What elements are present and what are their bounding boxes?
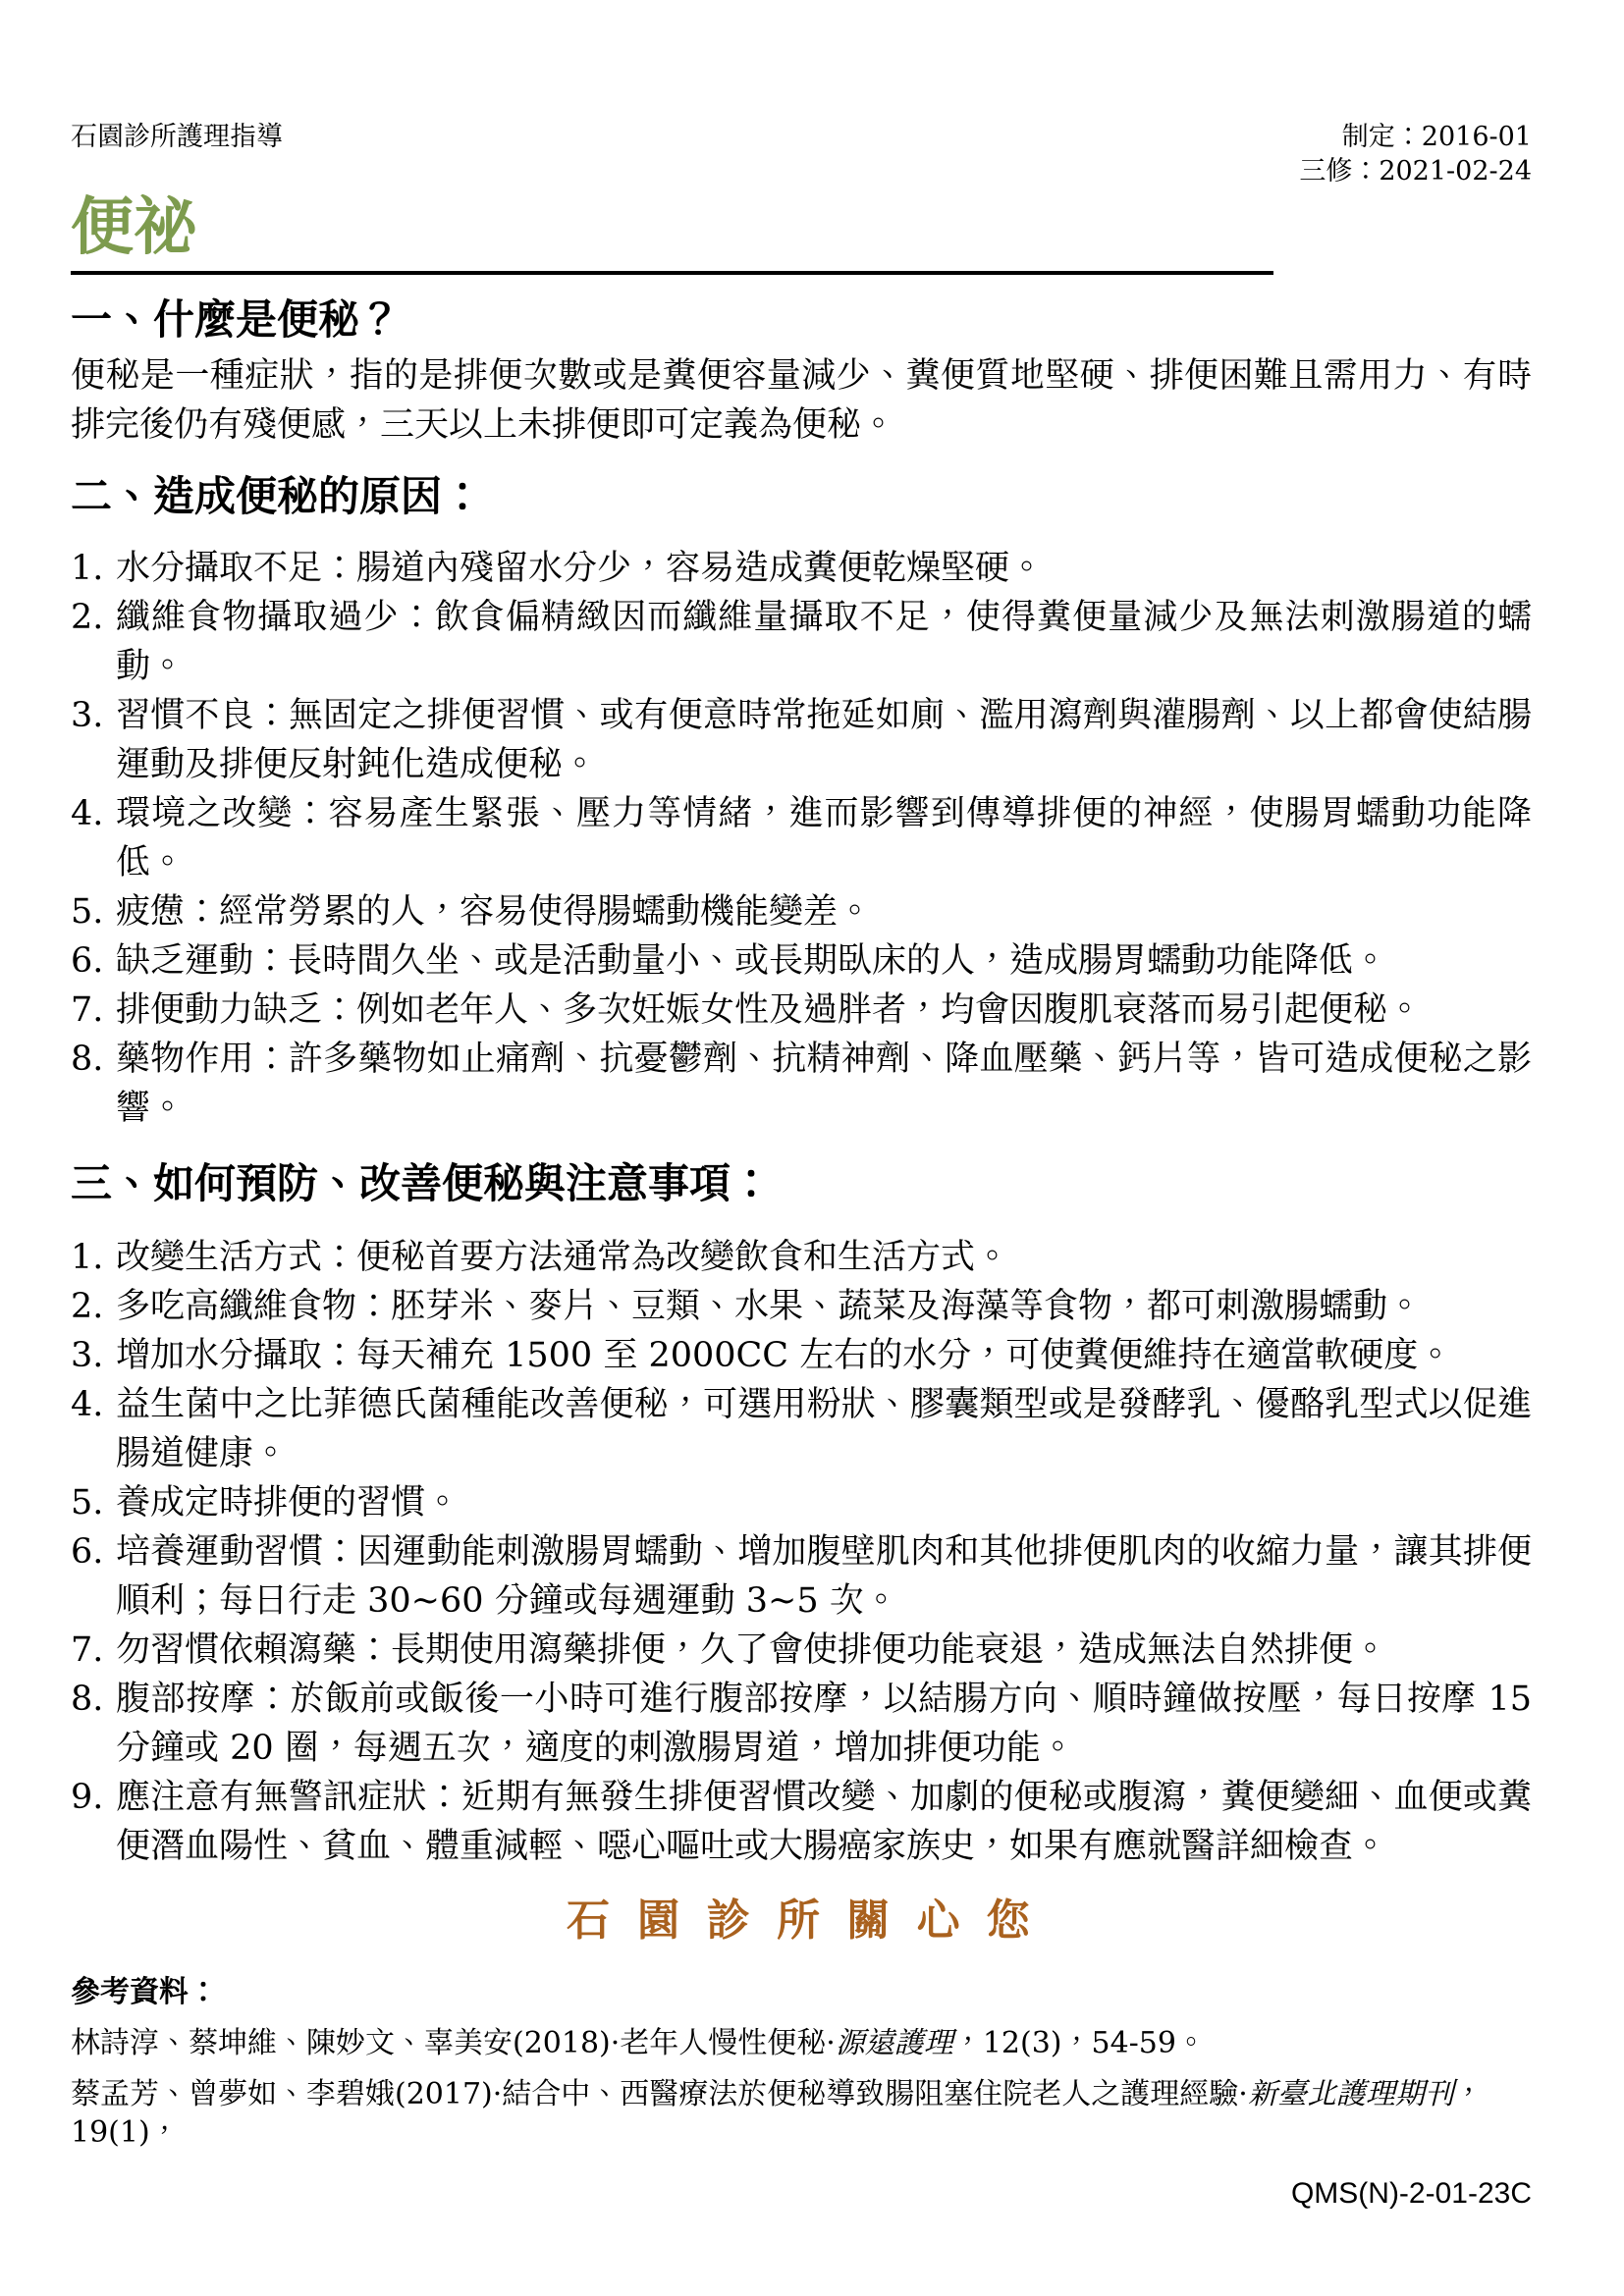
established-date: 制定：2016-01 xyxy=(1299,120,1532,154)
list-item: 改變生活方式：便秘首要方法通常為改變飲食和生活方式。 xyxy=(71,1233,1532,1282)
page-header: 石園診所護理指導 制定：2016-01 三修：2021-02-24 xyxy=(71,120,1532,188)
section2-list: 水分攝取不足：腸道內殘留水分少，容易造成糞便乾燥堅硬。 纖維食物攝取過少：飲食偏… xyxy=(71,544,1532,1133)
reference-entry: 蔡孟芳、曾夢如、李碧娥(2017)·結合中、西醫療法於便秘導致腸阻塞住院老人之護… xyxy=(71,2075,1532,2152)
closing-slogan: 石 園 診 所 關 心 您 xyxy=(71,1893,1532,1949)
section1-heading: 一、什麼是便秘？ xyxy=(71,296,1532,344)
list-item: 缺乏運動：長時間久坐、或是活動量小、或長期臥床的人，造成腸胃蠕動功能降低。 xyxy=(71,936,1532,986)
list-item: 排便動力缺乏：例如老年人、多次妊娠女性及過胖者，均會因腹肌衰落而易引起便秘。 xyxy=(71,986,1532,1035)
header-meta: 制定：2016-01 三修：2021-02-24 xyxy=(1299,120,1532,188)
section2-heading: 二、造成便秘的原因： xyxy=(71,473,1532,520)
list-item: 纖維食物攝取過少：飲食偏精緻因而纖維量攝取不足，使得糞便量減少及無法刺激腸道的蠕… xyxy=(71,593,1532,691)
list-item: 疲憊：經常勞累的人，容易使得腸蠕動機能變差。 xyxy=(71,887,1532,936)
list-item: 應注意有無警訊症狀：近期有無發生排便習慣改變、加劇的便秘或腹瀉，糞便變細、血便或… xyxy=(71,1773,1532,1871)
reference-journal-name: 新臺北護理期刊 xyxy=(1248,2077,1454,2111)
header-left-text: 石園診所護理指導 xyxy=(71,120,283,154)
list-item: 習慣不良：無固定之排便習慣、或有便意時常拖延如廁、濫用瀉劑與灌腸劑、以上都會使結… xyxy=(71,691,1532,789)
list-item: 環境之改變：容易產生緊張、壓力等情緒，進而影響到傳導排便的神經，使腸胃蠕動功能降… xyxy=(71,789,1532,887)
page-title: 便祕 xyxy=(71,196,1532,259)
list-item: 養成定時排便的習慣。 xyxy=(71,1478,1532,1527)
section3-heading: 三、如何預防、改善便秘與注意事項： xyxy=(71,1160,1532,1207)
revised-date: 三修：2021-02-24 xyxy=(1299,154,1532,188)
document-code: QMS(N)-2-01-23C xyxy=(71,2175,1532,2213)
reference-authors-title: 林詩淳、蔡坤維、陳妙文、辜美安(2018)·老年人慢性便秘· xyxy=(71,2026,836,2060)
list-item: 腹部按摩：於飯前或飯後一小時可進行腹部按摩，以結腸方向、順時鐘做按壓，每日按摩 … xyxy=(71,1675,1532,1773)
list-item: 培養運動習慣：因運動能刺激腸胃蠕動、增加腹壁肌肉和其他排便肌肉的收縮力量，讓其排… xyxy=(71,1527,1532,1626)
reference-journal-name: 源遠護理 xyxy=(836,2026,953,2060)
list-item: 益生菌中之比菲德氏菌種能改善便秘，可選用粉狀、膠囊類型或是發酵乳、優酪乳型式以促… xyxy=(71,1380,1532,1478)
references-label: 參考資料： xyxy=(71,1973,1532,2011)
list-item: 多吃高纖維食物：胚芽米、麥片、豆類、水果、蔬菜及海藻等食物，都可刺激腸蠕動。 xyxy=(71,1282,1532,1331)
reference-authors-title: 蔡孟芳、曾夢如、李碧娥(2017)·結合中、西醫療法於便秘導致腸阻塞住院老人之護… xyxy=(71,2077,1248,2111)
list-item: 水分攝取不足：腸道內殘留水分少，容易造成糞便乾燥堅硬。 xyxy=(71,544,1532,593)
title-underline xyxy=(71,271,1273,275)
list-item: 勿習慣依賴瀉藥：長期使用瀉藥排便，久了會使排便功能衰退，造成無法自然排便。 xyxy=(71,1626,1532,1675)
reference-volume-pages: ，12(3)，54-59。 xyxy=(953,2026,1206,2060)
section1-paragraph: 便秘是一種症狀，指的是排便次數或是糞便容量減少、糞便質地堅硬、排便困難且需用力、… xyxy=(71,351,1532,450)
document-page: 石園診所護理指導 制定：2016-01 三修：2021-02-24 便祕 一、什… xyxy=(0,0,1624,2296)
list-item: 增加水分攝取：每天補充 1500 至 2000CC 左右的水分，可使糞便維持在適… xyxy=(71,1331,1532,1380)
reference-entry: 林詩淳、蔡坤維、陳妙文、辜美安(2018)·老年人慢性便秘·源遠護理，12(3)… xyxy=(71,2024,1532,2062)
list-item: 藥物作用：許多藥物如止痛劑、抗憂鬱劑、抗精神劑、降血壓藥、鈣片等，皆可造成便秘之… xyxy=(71,1035,1532,1133)
section3-list: 改變生活方式：便秘首要方法通常為改變飲食和生活方式。 多吃高纖維食物：胚芽米、麥… xyxy=(71,1233,1532,1871)
